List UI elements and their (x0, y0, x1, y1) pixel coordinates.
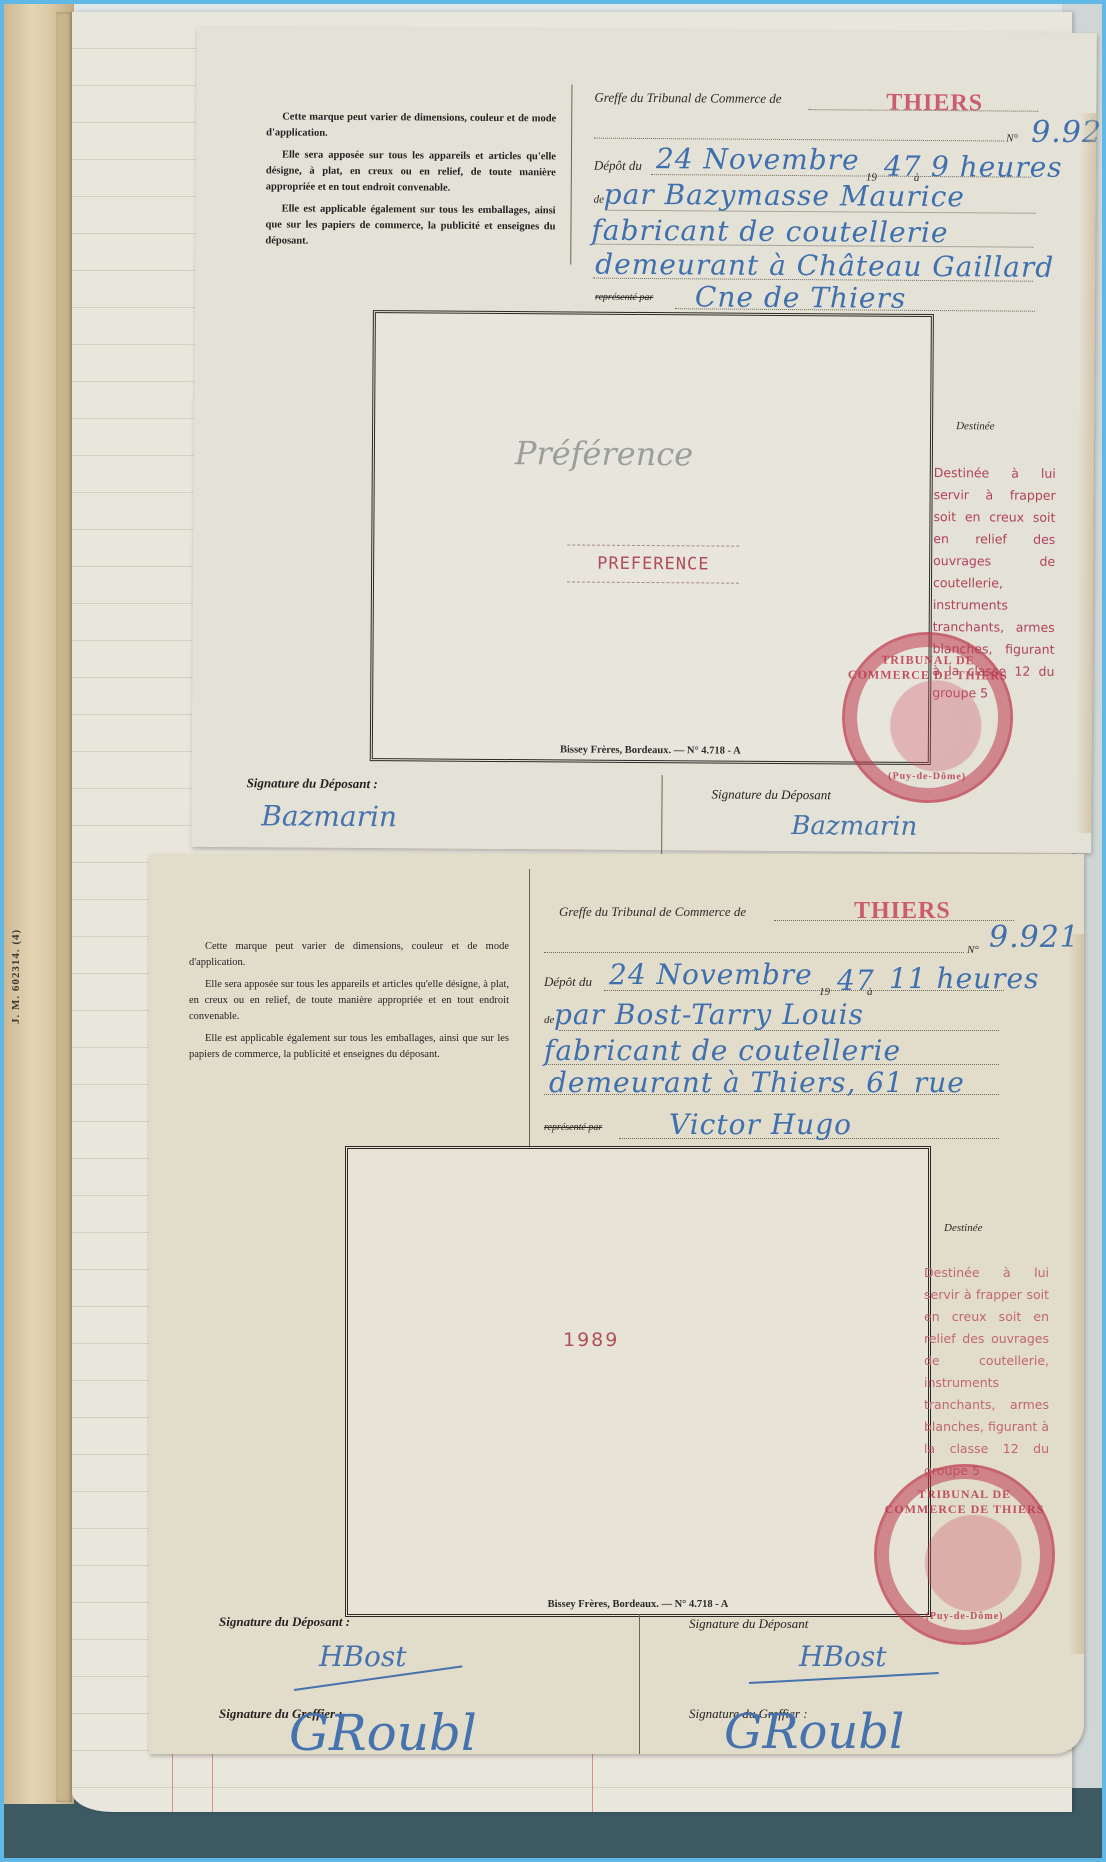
represente-label: représenté par (595, 292, 653, 303)
city-stamp: THIERS (886, 90, 983, 118)
form-instructions: Cette marque peut varier de dimensions, … (265, 109, 556, 257)
instruction-paragraph: Elle sera apposée sur tous les appareils… (266, 147, 556, 197)
signature-deposant-label: Signature du Déposant : (247, 775, 378, 792)
registration-no-label: N° (967, 944, 979, 956)
seal-bottom-text: (Puy-de-Dôme) (845, 770, 1010, 782)
signature-deposant: HBost (319, 1640, 406, 1673)
column-divider (639, 1614, 640, 1754)
instruction-paragraph: Elle sera apposée sur tous les appareils… (189, 977, 509, 1025)
form-instructions: Cette marque peut varier de dimensions, … (189, 939, 509, 1069)
greffe-label: Greffe du Tribunal de Commerce de (594, 90, 781, 107)
registration-number: 9.920 (1031, 115, 1102, 151)
depot-date: 24 Novembre (656, 142, 860, 176)
depot-label: Dépôt du (544, 974, 592, 990)
mark-handwritten-name: Préférence (515, 434, 694, 473)
printer-caption: Bissey Frères, Bordeaux. — N° 4.718 - A (348, 1599, 928, 1610)
mark-number: 1989 (563, 1329, 619, 1351)
photo-frame: J. M. 602314. (4) 49 Cette marque peut v… (4, 4, 1102, 1858)
instruction-paragraph: Elle est applicable également sur tous l… (189, 1031, 509, 1063)
signature-deposant-label-right: Signature du Déposant (711, 786, 831, 803)
deposant-line: par Bazymasse Maurice (604, 178, 965, 214)
column-divider (570, 84, 572, 264)
registration-number: 9.921 (989, 920, 1080, 955)
deposant-line: par Bost-Tarry Louis (554, 998, 864, 1031)
deposant-line: demeurant à Château Gaillard (595, 248, 1054, 284)
printer-caption: Bissey Frères, Bordeaux. — N° 4.718 - A (373, 743, 928, 758)
deposant-line: demeurant à Thiers, 61 rue (549, 1066, 965, 1099)
trademark-form-9920: Cette marque peut varier de dimensions, … (191, 27, 1097, 853)
trademark-form-9921: Cette marque peut varier de dimensions, … (149, 854, 1084, 1754)
time-label: à (867, 986, 873, 998)
seal-bottom-text: (Puy-de-Dôme) (877, 1611, 1052, 1622)
represente-value: Cne de Thiers (695, 280, 907, 314)
seal-outer-text: TRIBUNAL DE COMMERCE DE THIERS (845, 652, 1010, 683)
deposant-line: fabricant de coutellerie (544, 1034, 901, 1067)
signature-deposant-right: Bazmarin (791, 811, 917, 842)
column-divider (661, 775, 663, 855)
signature-deposant-label-right: Signature du Déposant (689, 1616, 808, 1632)
signature-deposant-label: Signature du Déposant : (219, 1614, 350, 1630)
instruction-paragraph: Cette marque peut varier de dimensions, … (189, 939, 509, 971)
destinee-label: Destinée (956, 420, 995, 432)
mark-stamp: PREFERENCE (567, 544, 740, 583)
spine-label: J. M. 602314. (4) (10, 929, 22, 1024)
seal-outer-text: TRIBUNAL DE COMMERCE DE THIERS (877, 1487, 1052, 1517)
depot-time: 11 heures (889, 962, 1040, 995)
depot-label: Dépôt du (594, 158, 642, 174)
deposant-line: fabricant de coutellerie (591, 214, 948, 249)
mark-sample-box: 1989 Bissey Frères, Bordeaux. — N° 4.718… (345, 1146, 931, 1617)
registration-no-label: N° (1006, 133, 1018, 145)
represente-value: Victor Hugo (669, 1108, 852, 1141)
tribunal-seal: TRIBUNAL DE COMMERCE DE THIERS (Puy-de-D… (841, 631, 1013, 803)
instruction-paragraph: Elle est applicable également sur tous l… (265, 201, 555, 251)
signature-deposant-right: HBost (799, 1640, 886, 1673)
year-prefix: 19 (819, 986, 830, 998)
instruction-paragraph: Cette marque peut varier de dimensions, … (266, 109, 556, 143)
signature-greffier-right: GRoubl (724, 1704, 904, 1760)
de-label: de (544, 1014, 554, 1026)
signature-deposant: Bazmarin (261, 799, 397, 833)
signature-greffier: GRoubl (289, 1704, 477, 1762)
column-divider (529, 869, 530, 1149)
de-label: de (594, 194, 604, 206)
depot-time: 9 heures (931, 150, 1063, 184)
tribunal-seal: TRIBUNAL DE COMMERCE DE THIERS (Puy-de-D… (874, 1464, 1055, 1645)
city-stamp: THIERS (854, 898, 951, 925)
depot-date: 24 Novembre (609, 958, 813, 991)
destinee-label: Destinée (944, 1222, 982, 1234)
represente-label: représenté par (544, 1122, 602, 1133)
destinee-text: Destinée à lui servir à frapper soit en … (924, 1262, 1049, 1482)
greffe-label: Greffe du Tribunal de Commerce de (559, 904, 746, 920)
